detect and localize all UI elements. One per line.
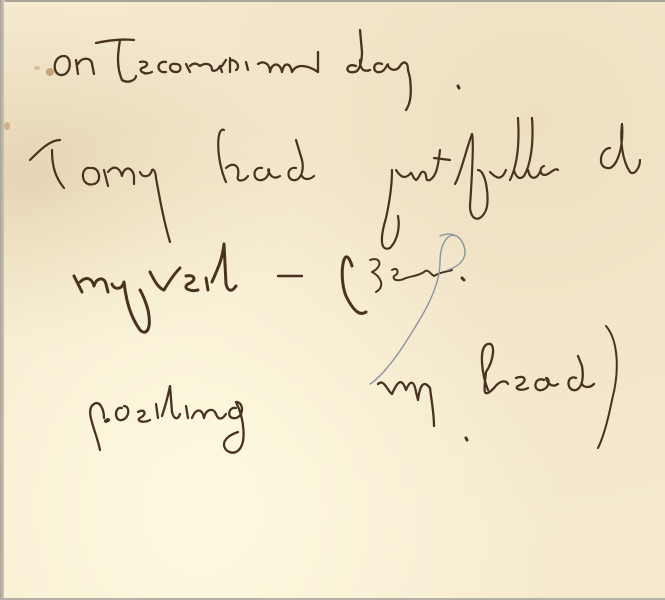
handwriting-line-3 <box>74 244 464 332</box>
handwriting-line-1 <box>55 30 459 110</box>
handwriting-line-2 <box>30 118 640 249</box>
handwriting <box>0 0 665 600</box>
pencil-annotation <box>370 234 465 384</box>
handwriting-line-4 <box>90 326 617 453</box>
